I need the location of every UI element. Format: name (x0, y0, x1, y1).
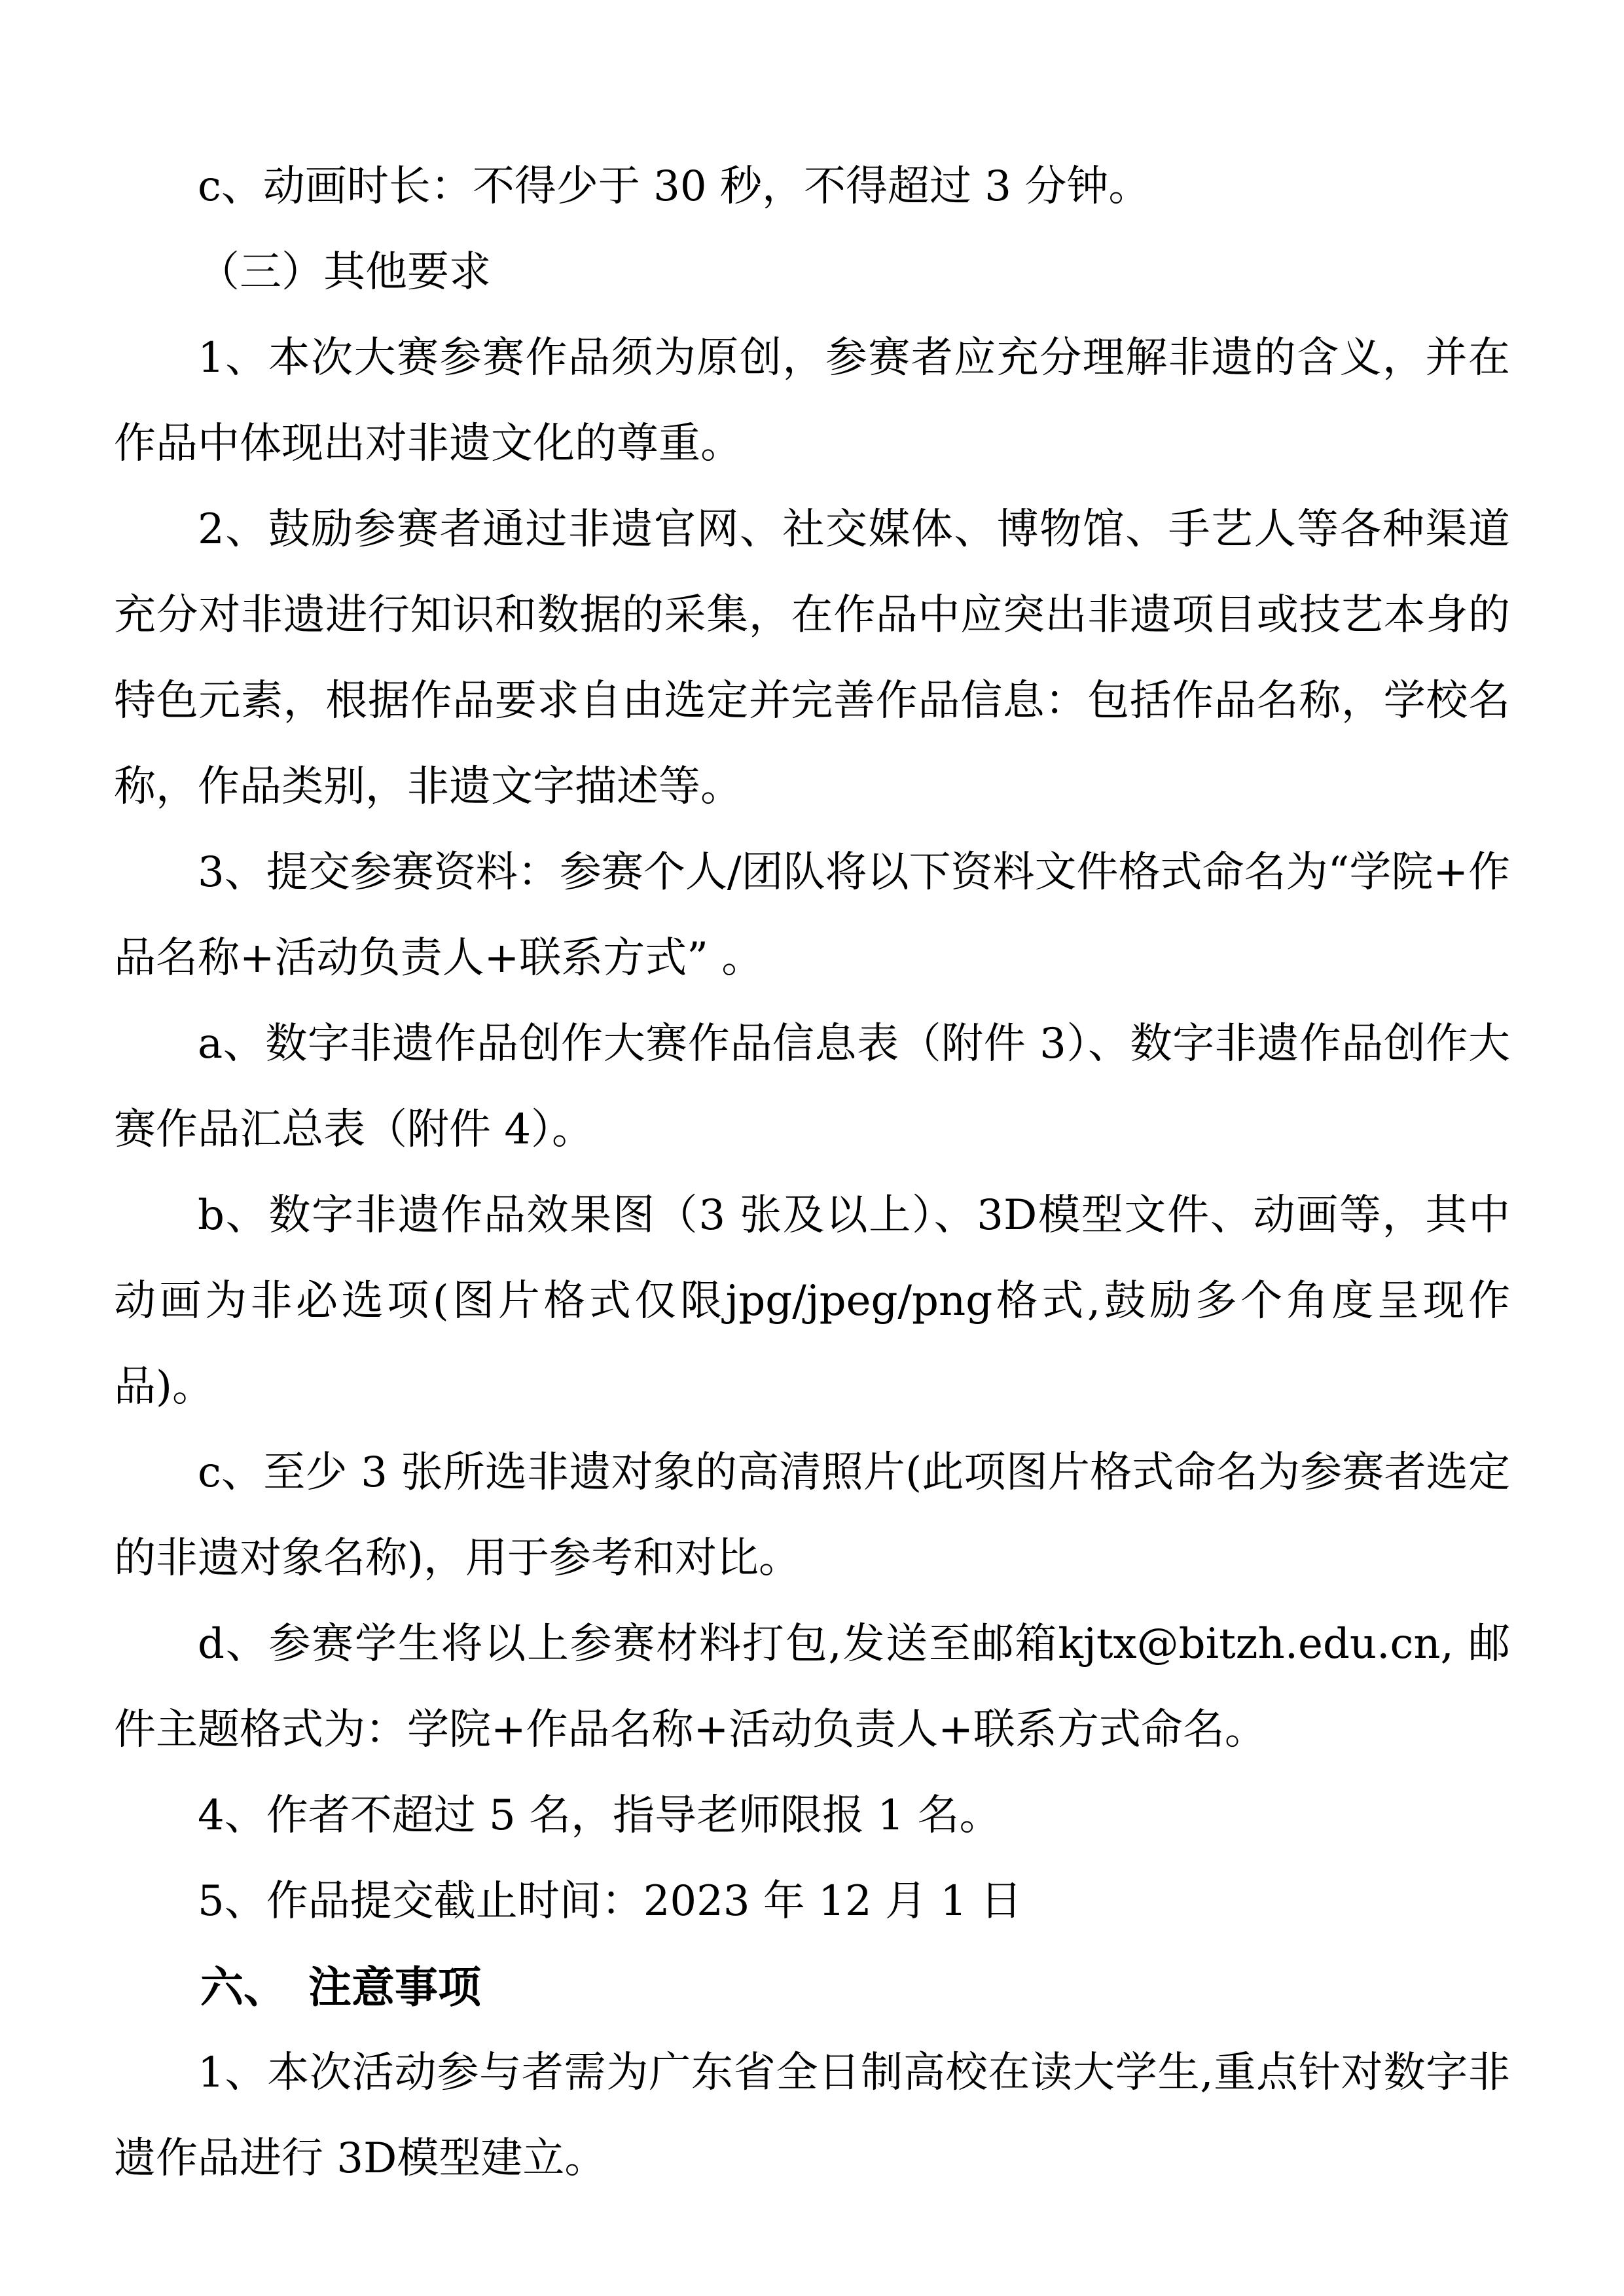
clause-author-limit: 4、作者不超过 5 名，指导老师限报 1 名。 (114, 1773, 1510, 1859)
clause-originality: 1、本次大赛参赛作品须为原创，参赛者应充分理解非遗的含义，并在作品中体现出对非遗… (114, 315, 1510, 487)
section-title: 注意事项 (308, 1962, 481, 2013)
clause-submission-materials: 3、提交参赛资料：参赛个人/团队将以下资料文件格式命名为“学院+作品名称+活动负… (114, 830, 1510, 1001)
subsection-heading-other-requirements: （三）其他要求 (114, 230, 1510, 315)
item-b-renderings: b、数字非遗作品效果图（3 张及以上）、3D模型文件、动画等，其中动画为非必选项… (114, 1173, 1510, 1430)
item-d-email-submission: d、参赛学生将以上参赛材料打包,发送至邮箱kjtx@bitzh.edu.cn, … (114, 1602, 1510, 1773)
item-c-photos: c、至少 3 张所选非遗对象的高清照片(此项图片格式命名为参赛者选定的非遗对象名… (114, 1430, 1510, 1602)
section-number: 六、 (200, 1962, 287, 2013)
document-body: c、动画时长：不得少于 30 秒，不得超过 3 分钟。 （三）其他要求 1、本次… (114, 144, 1510, 2202)
paragraph-animation-duration: c、动画时长：不得少于 30 秒，不得超过 3 分钟。 (114, 144, 1510, 230)
clause-deadline: 5、作品提交截止时间：2023 年 12 月 1 日 (114, 1859, 1510, 1945)
item-a-info-form: a、数字非遗作品创作大赛作品信息表（附件 3）、数字非遗作品创作大赛作品汇总表（… (114, 1001, 1510, 1173)
document-page: c、动画时长：不得少于 30 秒，不得超过 3 分钟。 （三）其他要求 1、本次… (0, 0, 1624, 2296)
clause-data-collection: 2、鼓励参赛者通过非遗官网、社交媒体、博物馆、手艺人等各种渠道充分对非遗进行知识… (114, 487, 1510, 830)
note-eligibility: 1、本次活动参与者需为广东省全日制高校在读大学生,重点针对数字非遗作品进行 3D… (114, 2030, 1510, 2202)
section-heading-notes: 六、注意事项 (114, 1945, 1510, 2030)
